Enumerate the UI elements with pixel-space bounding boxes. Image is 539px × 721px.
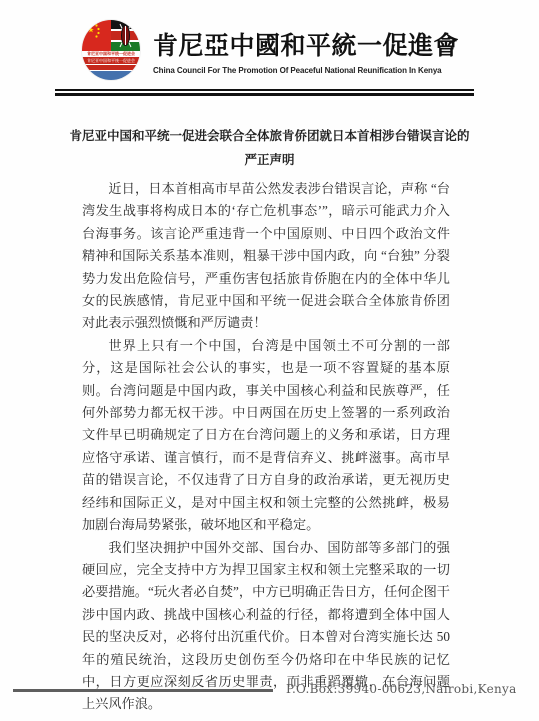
header-divider-thin-line: [55, 89, 474, 91]
statement-paragraph-1: 近日，日本首相高市早苗公然发表涉台错误言论，声称 “台湾发生战事将构成日本的‘存…: [82, 178, 450, 335]
header-divider-thick-line: [55, 93, 474, 97]
header-divider: [55, 89, 474, 96]
china-flag-icon: [82, 20, 111, 51]
footer-address: P.O.Box:39940-00623,Nairobi,Kenya: [286, 682, 517, 696]
logo-flags: [82, 20, 140, 51]
letterhead: 肯尼亚中国和平统一促进会 肯尼亚中国和平统一促进会 肯尼亞中國和平統一促進會 C…: [0, 0, 539, 88]
statement-title: 肯尼亚中国和平统一促进会联合全体旅肯侨团就日本首相涉台错误言论的 严正声明: [60, 124, 479, 172]
statement-title-line1: 肯尼亚中国和平统一促进会联合全体旅肯侨团就日本首相涉台错误言论的: [69, 129, 469, 143]
statement-body: 近日，日本首相高市早苗公然发表涉台错误言论，声称 “台湾发生战事将构成日本的‘存…: [82, 178, 450, 716]
org-name-chinese: 肯尼亞中國和平統一促進會: [153, 26, 483, 62]
document-page: 肯尼亚中国和平统一促进会 肯尼亚中国和平统一促进会 肯尼亞中國和平統一促進會 C…: [0, 0, 539, 721]
org-logo: 肯尼亚中国和平统一促进会 肯尼亚中国和平统一促进会: [82, 20, 140, 80]
kenya-flag-icon: [111, 20, 140, 51]
statement-title-line2: 严正声明: [244, 153, 294, 167]
org-name-english: China Council For The Promotion Of Peace…: [153, 66, 483, 75]
org-names: 肯尼亞中國和平統一促進會 China Council For The Promo…: [153, 26, 483, 75]
footer-divider: [13, 689, 273, 692]
logo-blue-base: [82, 71, 140, 80]
logo-band-text-red: 肯尼亚中国和平统一促进会: [82, 57, 140, 65]
statement-paragraph-2: 世界上只有一个中国，台湾是中国领土不可分割的一部分，这是国际社会公认的事实，也是…: [82, 335, 450, 537]
